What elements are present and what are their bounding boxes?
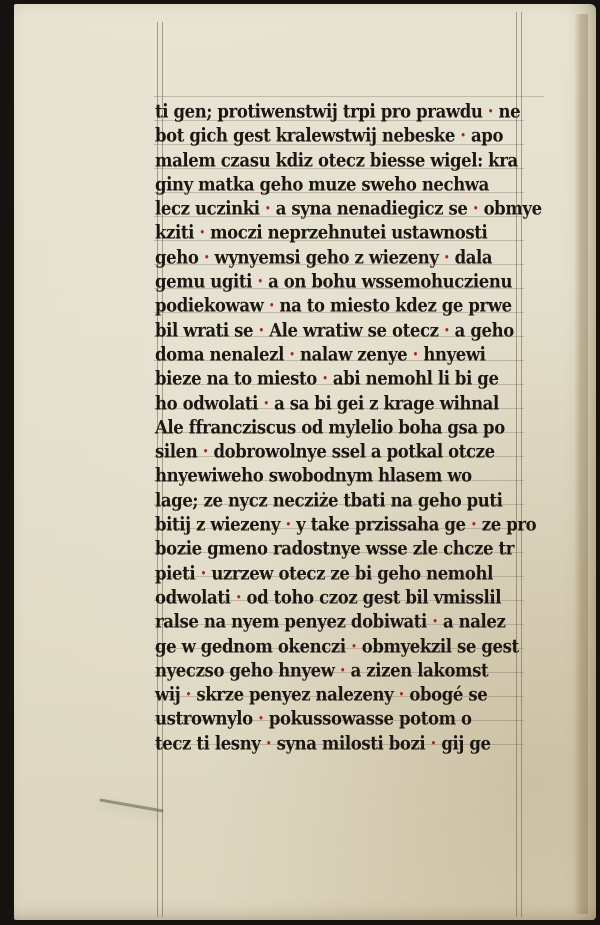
text-line: malem czasu kdiz otecz biesse wigel: kra [155, 147, 515, 174]
text-line: kziti · moczi neprzehnutei ustawnosti [155, 220, 515, 247]
text-line: hnyewiweho swobodnym hlasem wo [155, 463, 515, 490]
ink-smudge [99, 798, 164, 812]
manuscript-scan: ti gen; protiwenstwij trpi pro prawdu · … [0, 0, 600, 925]
text-line: ralse na nyem penyez dobiwati · a nalez [155, 609, 515, 636]
text-line: pieti · uzrzew otecz ze bi geho nemohl [155, 560, 515, 587]
text-line: podiekowaw · na to miesto kdez ge prwe [155, 293, 515, 320]
text-line: geho · wynyemsi geho z wiezeny · dala [155, 244, 515, 271]
text-line: bot gich gest kralewstwij nebeske · apo [155, 123, 515, 150]
page-edge-shadow [574, 14, 588, 914]
text-line: ge w gednom okenczi · obmyekzil se gest [155, 633, 515, 660]
right-margin-rule [516, 12, 517, 917]
text-line: bil wrati se · Ale wratiw se otecz · a g… [155, 317, 515, 344]
ruled-line [154, 96, 544, 97]
manuscript-text-block: ti gen; protiwenstwij trpi pro prawdu · … [155, 100, 515, 756]
text-line: tecz ti lesny · syna milosti bozi · gij … [155, 730, 515, 757]
text-line: ustrownylo · pokussowasse potom o [155, 706, 515, 733]
right-margin-rule-inner [521, 12, 522, 917]
text-line: nyeczso geho hnyew · a zizen lakomst [155, 657, 515, 684]
text-line: bieze na to miesto · abi nemohl li bi ge [155, 366, 515, 393]
text-line: lage; ze nycz necziże tbati na geho puti [155, 487, 515, 514]
text-line: bozie gmeno radostnye wsse zle chcze tr [155, 536, 515, 563]
manuscript-leaf: ti gen; protiwenstwij trpi pro prawdu · … [14, 4, 596, 920]
text-line-rubricated: Ale ffrancziscus od mylelio boha gsa po [155, 414, 515, 441]
text-line: ho odwolati · a sa bi gei z krage wihnal [155, 390, 515, 417]
